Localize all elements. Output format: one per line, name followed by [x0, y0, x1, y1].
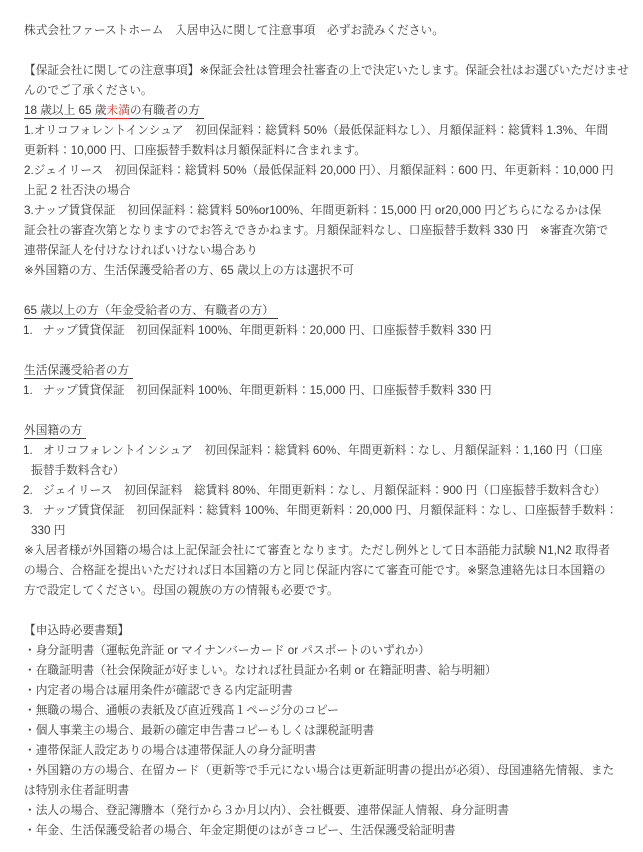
list-item-foreign-orico: 1.オリコフォレントインシュア 初回保証料：総賃料 60%、年間更新料：なし、月… [24, 441, 623, 481]
guarantor-notice-intro: 【保証会社に関しての注意事項】※保証会社は管理会社審査の上で決定いたします。保証… [24, 61, 623, 101]
document-title: 株式会社ファーストホーム 入居申込に関して注意事項 必ずお読みください。 [24, 21, 623, 41]
section-header-welfare: 生活保護受給者の方 [24, 361, 623, 381]
blank-line [24, 601, 623, 621]
document-page: 株式会社ファーストホーム 入居申込に関して注意事項 必ずお読みください。 【保証… [0, 0, 643, 841]
list-item-foreign-nap: 3.ナップ賃貸保証 初回保証料：総賃料 100%、年間更新料：20,000 円、… [24, 501, 623, 541]
list-item-text: ジェイリース 初回保証料 総賃料 80%、年間更新料：なし、月額保証料：900 … [43, 484, 606, 497]
list-item-welfare-nap: 1.ナップ賃貸保証 初回保証料 100%、年間更新料：15,000 円、口座振替… [24, 381, 623, 401]
required-documents-heading: 【申込時必要書類】 [24, 621, 623, 641]
blank-line [24, 41, 623, 61]
list-number: 1. [23, 381, 43, 401]
list-number: 2. [23, 481, 43, 501]
section-header-over65: 65 歳以上の方（年金受給者の方、有職者の方） [24, 301, 623, 321]
blank-line [24, 401, 623, 421]
bullet-guarantor-id: ・連帯保証人設定ありの場合は連帯保証人の身分証明書 [24, 741, 623, 761]
bullet-foreign-residence-card: ・外国籍の方の場合、在留カード（更新等で手元にない場合は更新証明書の提出が必須）… [24, 761, 623, 801]
bullet-corporate-registry: ・法人の場合、登記簿謄本（発行から３か月以内）、会社概要、連帯保証人情報、身分証… [24, 801, 623, 821]
paragraph-jlease: 2.ジェイリース 初回保証料：総賃料 50%（最低保証料 20,000 円）、月… [24, 161, 623, 201]
section-header-foreign: 外国籍の方 [24, 421, 623, 441]
list-item-foreign-jlease: 2.ジェイリース 初回保証料 総賃料 80%、年間更新料：なし、月額保証料：90… [24, 481, 623, 501]
header-text-highlight: 未満 [107, 104, 130, 119]
paragraph-nap: 3.ナップ賃貸保証 初回保証料：総賃料 50%or100%、年間更新料：15,0… [24, 201, 623, 261]
section-header-under65: 18 歳以上 65 歳未満の有職者の方 [24, 101, 623, 121]
bullet-self-employed-tax: ・個人事業主の場合、最新の確定申告書コピーもしくは課税証明書 [24, 721, 623, 741]
paragraph-foreign-note: ※入居者様が外国籍の場合は上記保証会社にて審査となります。ただし例外として日本語… [24, 541, 623, 601]
list-number: 1. [23, 321, 43, 341]
bullet-id-document: ・身分証明書（運転免許証 or マイナンバーカード or パスポートのいずれか） [24, 641, 623, 661]
list-item-text: ナップ賃貸保証 初回保証料 100%、年間更新料：15,000 円、口座振替手数… [43, 384, 492, 397]
header-text-post: の有職者の方 [130, 104, 204, 119]
list-number: 3. [23, 501, 43, 521]
bullet-pension-welfare-proof: ・年金、生活保護受給者の場合、年金定期便のはがきコピー、生活保護受給証明書 [24, 821, 623, 841]
list-number: 1. [23, 441, 43, 461]
blank-line [24, 341, 623, 361]
list-item-over65-nap: 1.ナップ賃貸保証 初回保証料 100%、年間更新料：20,000 円、口座振替… [24, 321, 623, 341]
paragraph-restriction-note: ※外国籍の方、生活保護受給者の方、65 歳以上の方は選択不可 [24, 261, 623, 281]
list-item-text: ナップ賃貸保証 初回保証料 100%、年間更新料：20,000 円、口座振替手数… [43, 324, 492, 337]
header-text: 外国籍の方 [24, 424, 86, 439]
bullet-unemployed-bankbook: ・無職の場合、通帳の表紙及び直近残高１ページ分のコピー [24, 701, 623, 721]
list-item-text: ナップ賃貸保証 初回保証料：総賃料 100%、年間更新料：20,000 円、月額… [31, 504, 617, 537]
header-text: 生活保護受給者の方 [24, 364, 133, 379]
paragraph-orico: 1.オリコフォレントインシュア 初回保証料：総賃料 50%（最低保証料なし）、月… [24, 121, 623, 161]
header-text-pre: 18 歳以上 65 歳 [24, 104, 107, 119]
bullet-employment-certificate: ・在職証明書（社会保険証が好ましい。なければ社員証か名刺 or 在籍証明書、給与… [24, 661, 623, 681]
list-item-text: オリコフォレントインシュア 初回保証料：総賃料 60%、年間更新料：なし、月額保… [31, 444, 602, 477]
blank-line [24, 281, 623, 301]
header-text: 65 歳以上の方（年金受給者の方、有職者の方） [24, 304, 278, 319]
bullet-job-offer-certificate: ・内定者の場合は雇用条件が確認できる内定証明書 [24, 681, 623, 701]
